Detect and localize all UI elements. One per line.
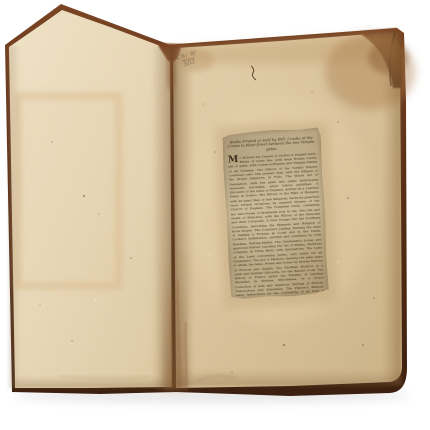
leaf-dropcap: M — [228, 156, 239, 165]
book-photo — [0, 0, 430, 430]
gutter-bottom-stain — [163, 250, 187, 390]
leaf-body-run: r. Hobbes his Travels of Ulyſſes in Engl… — [228, 151, 324, 302]
pasted-catalogue-leaf: Books Printed or Sold by Will. Crooke at… — [221, 127, 329, 299]
leaf-body-text: Mr. Hobbes his Travels of Ulyſſes in Eng… — [228, 151, 325, 302]
right-bottom-shading — [176, 370, 402, 386]
left-edge-shading — [9, 46, 21, 388]
corner-stain-large — [325, 34, 415, 110]
ghost-offset-stain — [18, 96, 119, 286]
auction-photo: Ch: W 503 Books Printed or Sold by Will.… — [0, 0, 430, 430]
fore-edge-shading — [382, 33, 401, 383]
